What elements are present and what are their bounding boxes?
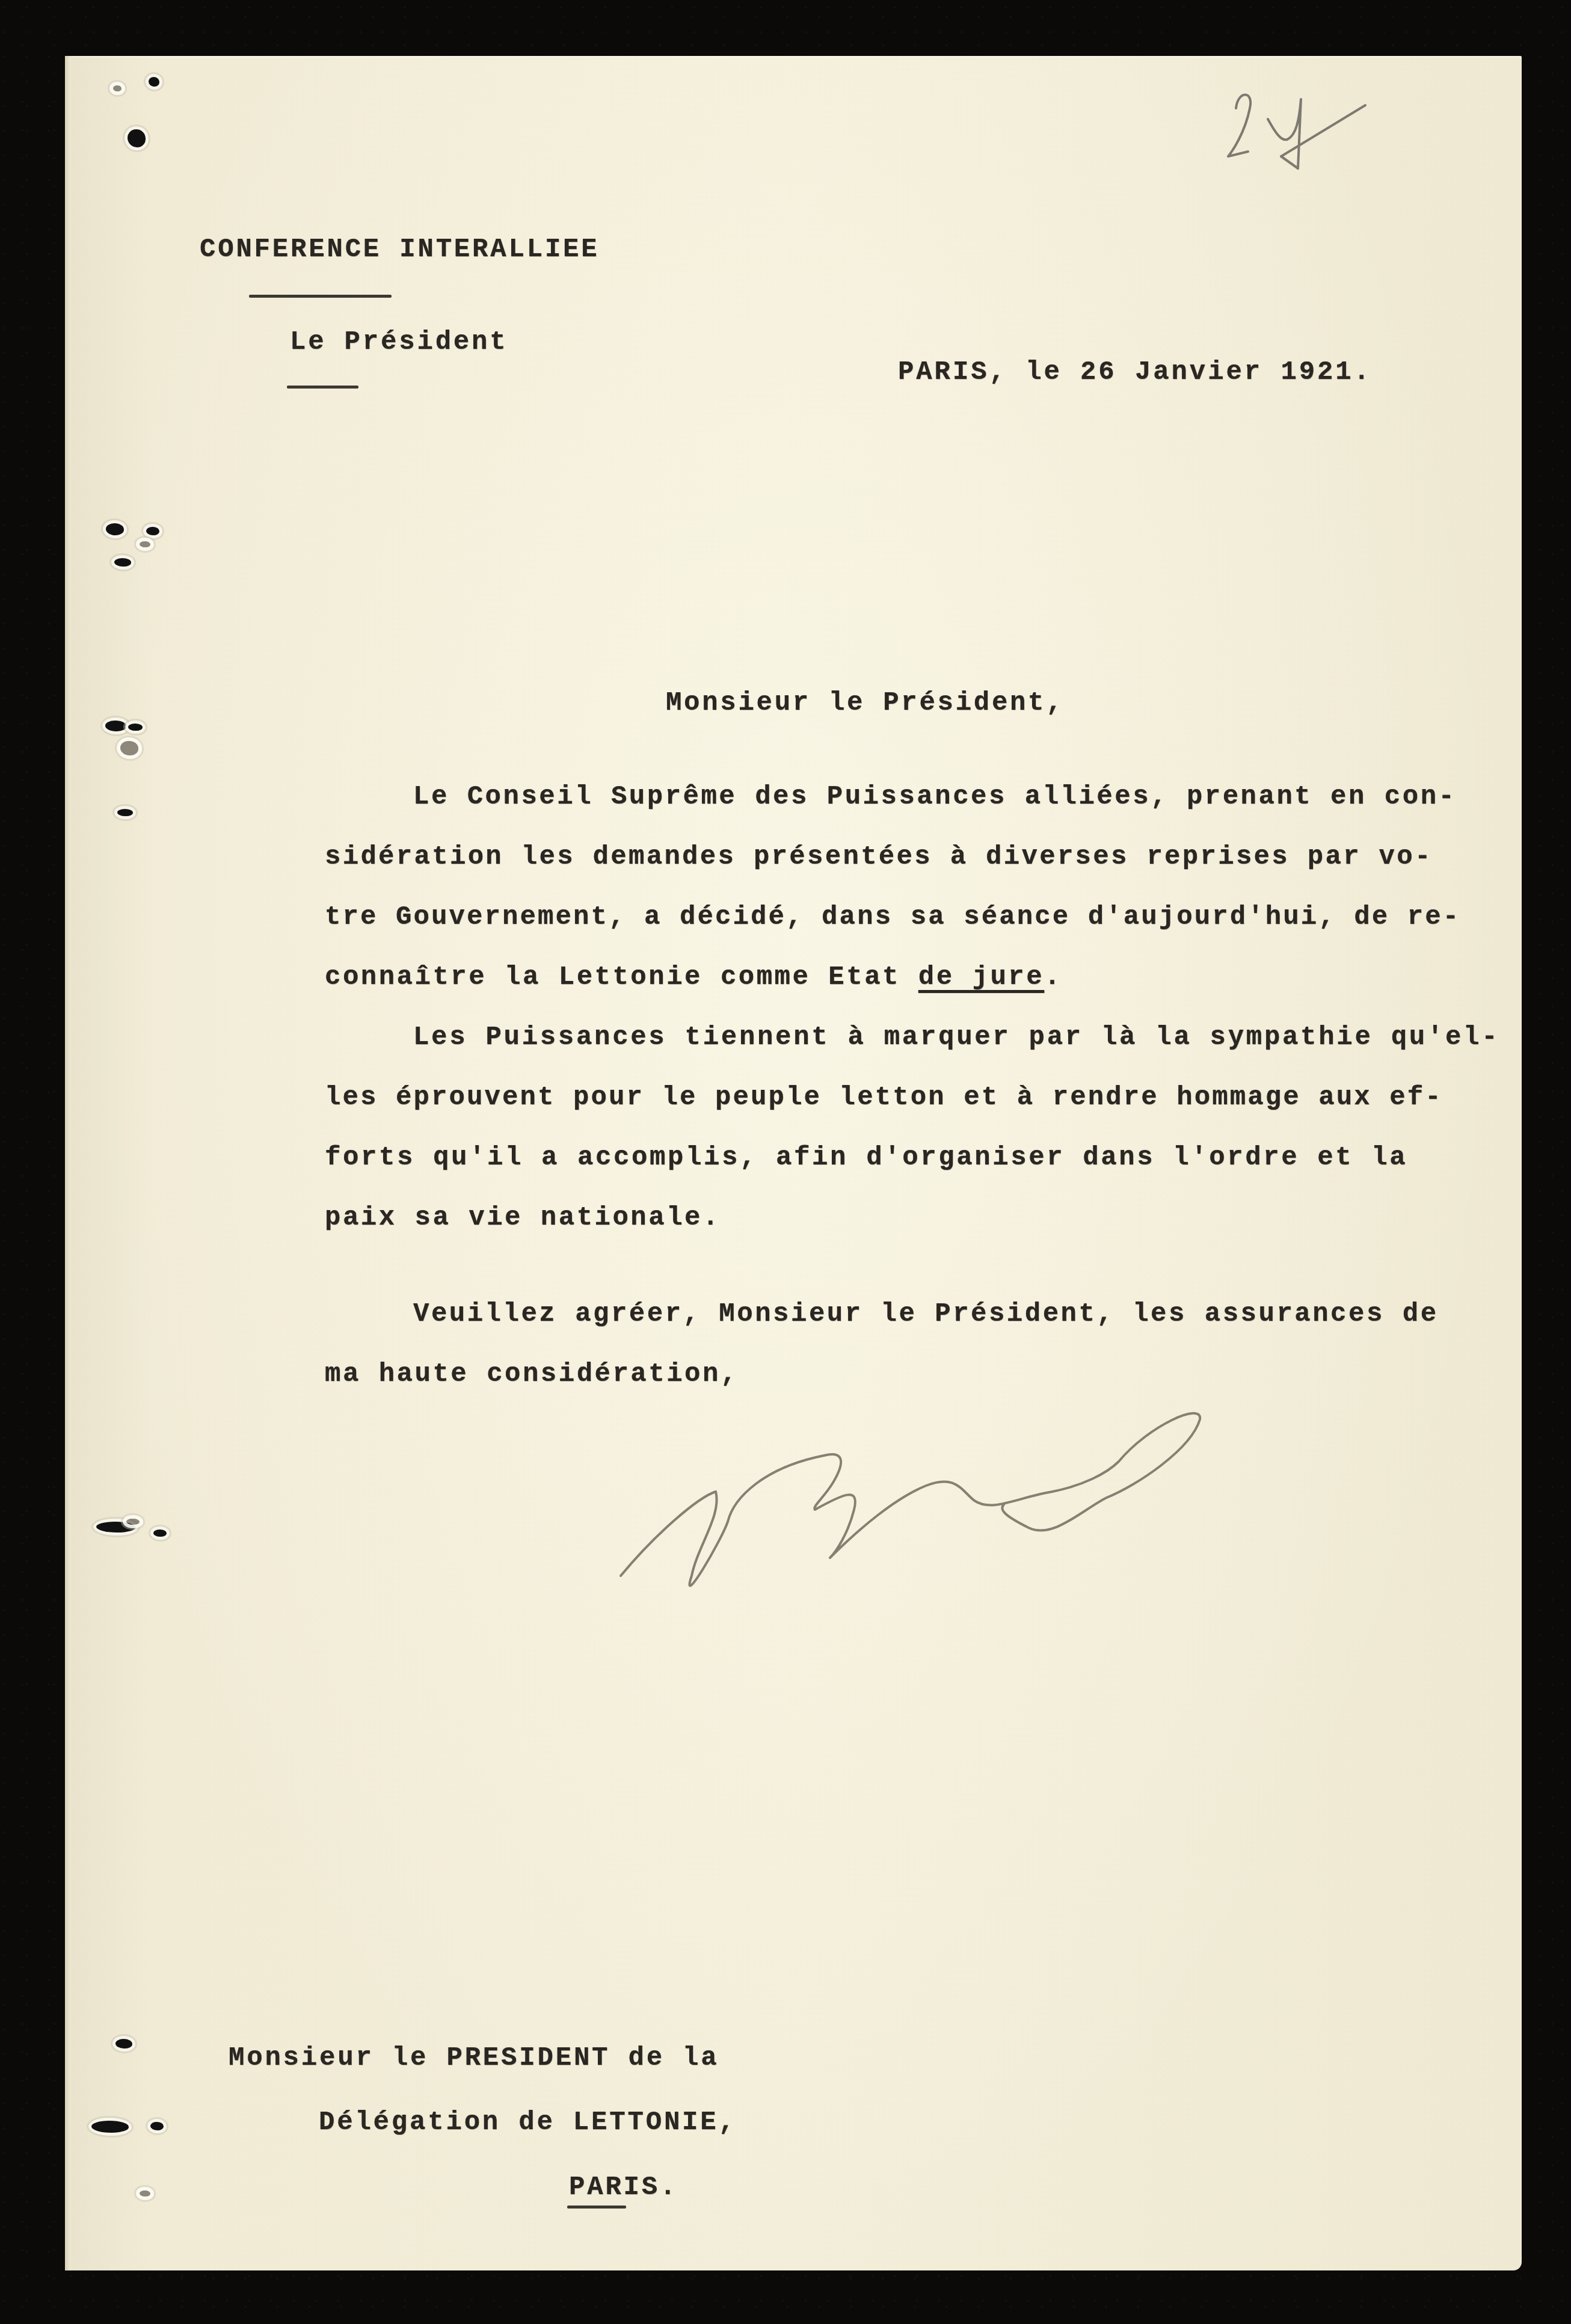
body-line: Veuillez agréer, Monsieur le Président, … [413, 1301, 1439, 1327]
punch-hole [105, 721, 126, 731]
punch-hole [153, 1529, 167, 1537]
body-line: tre Gouvernement, a décidé, dans sa séan… [325, 904, 1460, 930]
punch-hole [113, 85, 121, 91]
punch-hole [91, 2121, 129, 2133]
body-line: paix sa vie nationale. [325, 1205, 721, 1231]
punch-hole [115, 2039, 132, 2049]
punch-hole [128, 724, 143, 731]
addressee-city-underline [567, 2206, 626, 2209]
body-line: ma haute considération, [325, 1361, 739, 1388]
punch-hole [140, 2190, 150, 2196]
punch-hole [150, 2122, 164, 2130]
letterhead-rule [249, 295, 392, 298]
body-line: connaître la Lettonie comme Etat de jure… [325, 964, 1062, 991]
punch-hole [146, 527, 159, 535]
punch-hole [114, 558, 131, 567]
addressee-line-1: Monsieur le PRESIDENT de la [229, 2045, 719, 2071]
body-line: sidération les demandes présentées à div… [325, 844, 1433, 870]
body-line: Le Conseil Suprême des Puissances alliée… [413, 784, 1456, 810]
addressee-city: PARIS. [569, 2174, 678, 2201]
letterhead-organization: CONFERENCE INTERALLIEE [200, 236, 600, 263]
body-line: Les Puissances tiennent à marquer par là… [413, 1024, 1499, 1051]
salutation: Monsieur le Président, [666, 690, 1064, 716]
handwritten-page-number [1221, 84, 1377, 186]
sentence-period: . [1044, 962, 1062, 992]
body-line: les éprouvent pour le peuple letton et à… [325, 1084, 1443, 1111]
punch-hole [149, 77, 159, 87]
letterhead-office-rule [287, 386, 358, 389]
handwritten-signature [607, 1395, 1245, 1600]
body-line-text: connaître la Lettonie comme Etat [325, 962, 918, 992]
place-and-date: PARIS, le 26 Janvier 1921. [898, 359, 1372, 386]
punch-hole [117, 809, 133, 816]
punch-hole [128, 129, 146, 147]
de-jure-emphasis: de jure [918, 962, 1044, 992]
body-line: forts qu'il a accomplis, afin d'organise… [325, 1145, 1407, 1171]
paper-left-edge [65, 56, 71, 2270]
punch-hole [126, 1519, 140, 1525]
punch-hole [140, 541, 150, 547]
letterhead-office: Le Président [290, 329, 508, 355]
punch-hole [120, 741, 138, 755]
addressee-line-2: Délégation de LETTONIE, [319, 2109, 737, 2136]
punch-hole [106, 523, 124, 535]
